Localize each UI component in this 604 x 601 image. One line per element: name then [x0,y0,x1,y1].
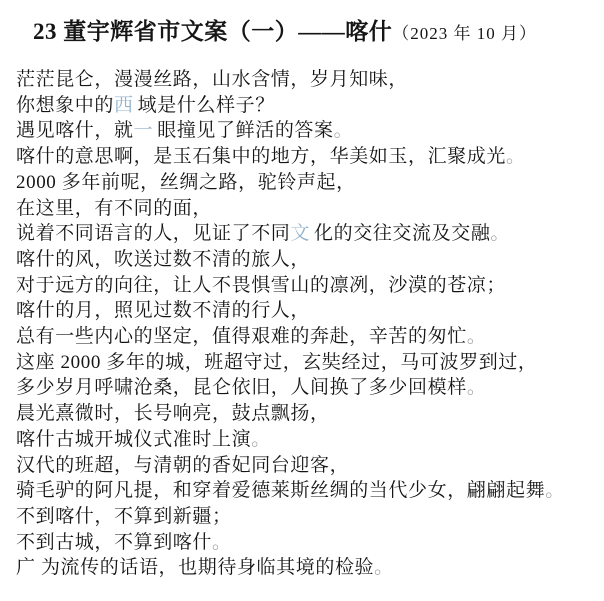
full-stop-mark: 。 [467,377,487,398]
full-stop-mark: 。 [467,326,487,347]
body-line: 喀什的月，照见过数不清的行人， [16,298,594,324]
title-main-text: 23 董宇辉省市文案（一）——喀什 [33,19,392,44]
full-stop-mark: 。 [545,480,565,501]
body-line: 汉代的班超，与清朝的香妃同台迎客， [16,453,594,479]
body-line: 总有一些内心的坚定，值得艰难的奔赴，辛苦的匆忙。 [16,324,594,350]
body-line: 多少岁月呼啸沧桑，昆仑依旧，人间换了多少回模样。 [16,375,594,401]
body-line: 喀什古城开城仪式准时上演。 [16,427,594,453]
document-page: 23 董宇辉省市文案（一）——喀什（2023 年 10 月） 茫茫昆仑，漫漫丝路… [0,0,604,601]
body-line: 茫茫昆仑，漫漫丝路，山水含情，岁月知味， [16,67,594,93]
line-text: 眼撞见了鲜活的答案 [157,120,333,141]
line-text: 你想象中的 [16,95,114,116]
line-text: 骑毛驴的阿凡提，和穿着爱德莱斯丝绸的当代少女，翩翩起舞 [16,480,545,501]
page-title: 23 董宇辉省市文案（一）——喀什（2023 年 10 月） [0,0,604,46]
body-line: 这座 2000 多年的城，班超守过，玄奘经过，马可波罗到过， [16,350,594,376]
line-text: 总有一些内心的坚定，值得艰难的奔赴，辛苦的匆忙 [16,326,467,347]
body-line: 不到古城，不算到喀什。 [16,530,594,556]
line-text: 茫茫昆仑，漫漫丝路，山水含情，岁月知味， [16,69,408,90]
line-text: 汉代的班超，与清朝的香妃同台迎客， [16,455,349,476]
full-stop-mark: 。 [490,223,510,244]
accent-character: 一 [134,120,154,141]
title-date-text: （2023 年 10 月） [392,24,537,43]
body-line: 对于远方的向往，让人不畏惧雪山的凛冽，沙漠的苍凉； [16,273,594,299]
line-text: 喀什的风，吹送过数不清的旅人， [16,249,310,270]
full-stop-mark: 。 [251,429,271,450]
full-stop-mark: 。 [374,557,394,578]
full-stop-mark: 。 [506,146,526,167]
line-text: 说着不同语言的人，见证了不同 [16,223,290,244]
line-text: 广 为流传的话语，也期待身临其境的检验 [16,557,374,578]
body-line: 在这里，有不同的面， [16,196,594,222]
line-text: 2000 多年前呢，丝绸之路，驼铃声起， [16,172,356,193]
line-text: 喀什古城开城仪式准时上演 [16,429,251,450]
full-stop-mark: 。 [334,120,354,141]
line-text: 化的交往交流及交融 [314,223,490,244]
line-text: 喀什的月，照见过数不清的行人， [16,300,310,321]
line-text: 多少岁月呼啸沧桑，昆仑依旧，人间换了多少回模样 [16,377,467,398]
body-line: 喀什的意思啊，是玉石集中的地方，华美如玉，汇聚成光。 [16,144,594,170]
line-text: 这座 2000 多年的城，班超守过，玄奘经过，马可波罗到过， [16,352,538,373]
line-text: 不到喀什，不算到新疆； [16,506,232,527]
full-stop-mark: 。 [212,532,232,553]
line-text: 对于远方的向往，让人不畏惧雪山的凛冽，沙漠的苍凉； [16,275,506,296]
line-text: 不到古城，不算到喀什 [16,532,212,553]
body-line: 2000 多年前呢，丝绸之路，驼铃声起， [16,170,594,196]
line-text: 在这里，有不同的面， [16,198,212,219]
body-line: 广 为流传的话语，也期待身临其境的检验。 [16,555,594,581]
body-line: 晨光熹微时，长号响亮，鼓点飘扬， [16,401,594,427]
body-line: 不到喀什，不算到新疆； [16,504,594,530]
accent-character: 西 [114,95,134,116]
line-text: 晨光熹微时，长号响亮，鼓点飘扬， [16,403,330,424]
line-text: 遇见喀什，就 [16,120,134,141]
line-text: 域是什么样子？ [138,95,275,116]
body-text: 茫茫昆仑，漫漫丝路，山水含情，岁月知味，你想象中的西域是什么样子？遇见喀什，就一… [16,67,594,581]
body-line: 说着不同语言的人，见证了不同文化的交往交流及交融。 [16,221,594,247]
body-line: 骑毛驴的阿凡提，和穿着爱德莱斯丝绸的当代少女，翩翩起舞。 [16,478,594,504]
body-line: 喀什的风，吹送过数不清的旅人， [16,247,594,273]
body-line: 你想象中的西域是什么样子？ [16,93,594,119]
body-line: 遇见喀什，就一眼撞见了鲜活的答案。 [16,118,594,144]
line-text: 喀什的意思啊，是玉石集中的地方，华美如玉，汇聚成光 [16,146,506,167]
accent-character: 文 [290,223,310,244]
